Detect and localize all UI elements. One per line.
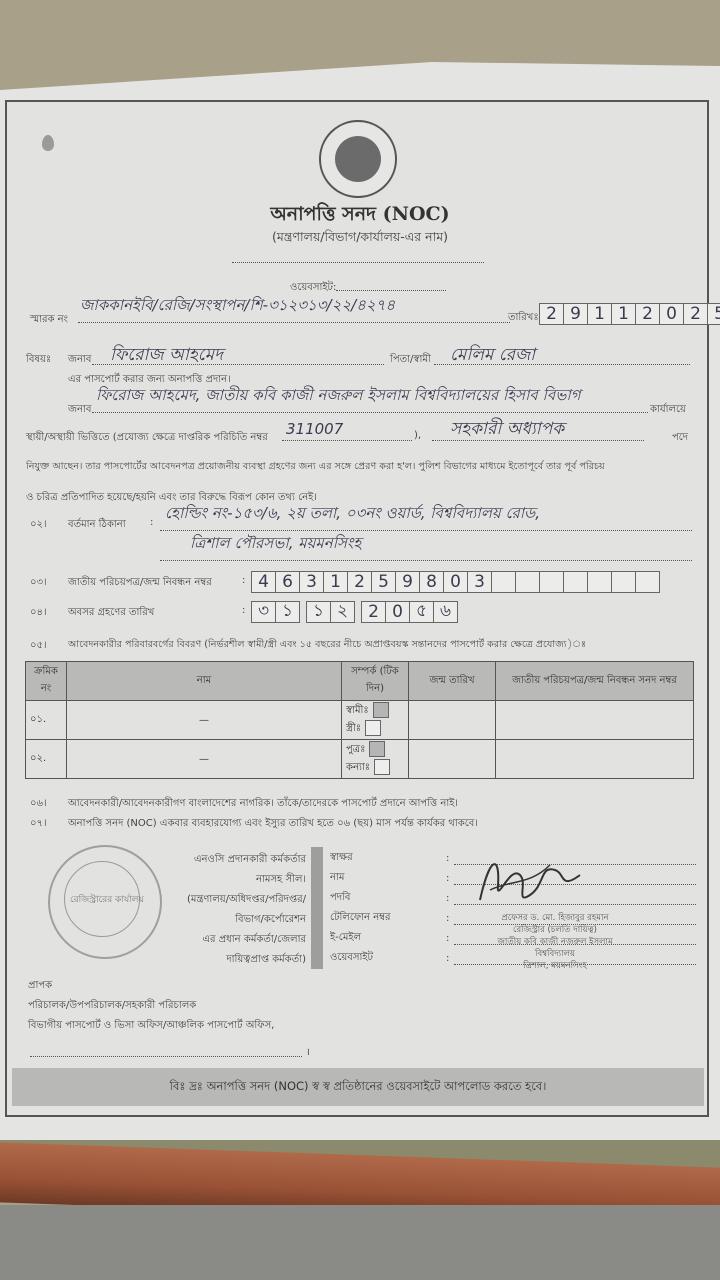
colon: : xyxy=(446,913,454,924)
retirement-date-label: অবসর গ্রহণের তারিখ xyxy=(68,605,154,622)
digit-box: ৬ xyxy=(433,601,458,623)
post-label: পদে xyxy=(672,430,688,447)
vertical-label-bar xyxy=(311,847,323,969)
colon: : xyxy=(150,517,153,528)
family-details-label: আবেদনকারীর পরিবারবর্গের বিবরণ (নির্ভরশীল… xyxy=(68,638,586,653)
digit-box: 9 xyxy=(395,571,420,593)
officer-description-line: দায়িত্বপ্রাপ্ত কর্মকর্তা) xyxy=(170,950,306,970)
husband-checkbox[interactable] xyxy=(373,702,389,718)
document-title: অনাপত্তি সনদ (NOC) xyxy=(0,200,720,232)
father-label: পিতা/স্বামী xyxy=(390,352,431,369)
recipient-line-2: বিভাগীয় পাসপোর্ট ও ভিসা অফিস/আঞ্চলিক পা… xyxy=(28,1018,274,1035)
address-value-1: হোল্ডিং নং-১৫৩/৬, ২য় তলা, ০৩নং ওয়ার্ড,… xyxy=(165,502,540,527)
digit-box xyxy=(587,571,612,593)
recipient-office-line xyxy=(30,1056,302,1057)
item-number: ০২। xyxy=(30,517,47,534)
recipient-line-1: পরিচালক/উপপরিচালক/সহকারী পরিচালক xyxy=(28,998,196,1015)
colon: : xyxy=(446,853,454,864)
name-office: ফিরোজ আহমেদ, জাতীয় কবি কাজী নজরুল ইসলাম… xyxy=(96,384,581,409)
row-serial: ০২. xyxy=(26,740,67,779)
footer-notice-text: বিঃ দ্রঃ অনাপত্তি সনদ (NOC) স্ব স্ব প্রত… xyxy=(170,1078,547,1097)
document-subtitle: (মন্ত্রণালয়/বিভাগ/কার্যালয়-এর নাম) xyxy=(0,229,720,249)
colon: : xyxy=(446,933,454,944)
address-line-2 xyxy=(160,560,692,561)
row-name: — xyxy=(67,740,342,779)
digit-box: 3 xyxy=(299,571,324,593)
digit-box: ২ xyxy=(330,601,355,623)
colon: : xyxy=(446,893,454,904)
colon: : xyxy=(446,953,454,964)
item-number: ০৩। xyxy=(30,575,47,592)
digit-box: 3 xyxy=(467,571,492,593)
nid-label: জাতীয় পরিচয়পত্র/জন্ম নিবন্ধন নম্বর xyxy=(68,575,212,592)
officer-stamp: প্রফেসর ড. মো. হিজাবুর রহমান রেজিস্ট্রার… xyxy=(480,912,630,972)
table-row: ০১. — স্বামীঃস্ত্রীঃ xyxy=(26,701,694,740)
col-dob: জন্ম তারিখ xyxy=(409,662,496,701)
website-line xyxy=(336,290,446,291)
nid-number-boxes: 4631259803 xyxy=(252,571,660,593)
father-name: মেলিম রেজা xyxy=(450,342,535,370)
ministry-name-line xyxy=(232,262,484,263)
daughter-checkbox[interactable] xyxy=(374,759,390,775)
address-line-1 xyxy=(160,530,692,531)
digit-box: 5 xyxy=(371,571,396,593)
footer-notice: বিঃ দ্রঃ অনাপত্তি সনদ (NOC) স্ব স্ব প্রত… xyxy=(12,1068,704,1106)
official-id: 311007 xyxy=(286,420,343,438)
officer-field-label: টেলিফোন নম্বর xyxy=(330,910,446,927)
officer-description-line: (মন্ত্রণালয়/অধিদপ্তর/পরিদপ্তর/ xyxy=(170,890,306,910)
address-value-2: ত্রিশাল পৌরসভা, ময়মনসিংহ xyxy=(190,532,361,557)
signature-icon xyxy=(470,845,590,915)
body-line-3: নিযুক্ত আছেন। তার পাসপোর্টের আবেদনপত্র প… xyxy=(26,460,701,475)
family-table: ক্রমিক নং নাম সম্পর্ক (টিক দিন) জন্ম তার… xyxy=(25,661,694,779)
item-number: ০৫। xyxy=(30,638,47,655)
digit-box: 2 xyxy=(635,303,660,325)
row-nid xyxy=(496,701,694,740)
row-nid xyxy=(496,740,694,779)
officer-field-label: স্বাক্ষর xyxy=(330,850,446,867)
colon: : xyxy=(242,605,245,616)
body-mr-label: জনাব xyxy=(68,402,91,419)
digit-box: 0 xyxy=(385,601,410,623)
recipient-end: । xyxy=(306,1044,310,1058)
item-number: ০৪। xyxy=(30,605,47,622)
officer-description: এনওসি প্রদানকারী কর্মকর্তারনামসহ সীল।(মন… xyxy=(170,850,306,970)
officer-description-line: এর প্রধান কর্মকর্তা/জেলার xyxy=(170,930,306,950)
mr-label: জনাব xyxy=(68,352,91,369)
row-name: — xyxy=(67,701,342,740)
digit-box: ১ xyxy=(306,601,331,623)
relation-son: পুত্রঃ xyxy=(346,744,365,755)
digit-box: 9 xyxy=(563,303,588,325)
digit-box: ৫ xyxy=(409,601,434,623)
digit-box: 6 xyxy=(275,571,300,593)
row-dob xyxy=(409,740,496,779)
officer-description-line: বিভাগ/কর্পোরেশন xyxy=(170,910,306,930)
officer-description-line: এনওসি প্রদানকারী কর্মকর্তার xyxy=(170,850,306,870)
digit-box xyxy=(515,571,540,593)
permanent-text: স্থায়ী/অস্থায়ী ভিত্তিতে (প্রযোজ্য ক্ষে… xyxy=(26,430,268,447)
son-checkbox[interactable] xyxy=(369,741,385,757)
address-label: বর্তমান ঠিকানা xyxy=(68,517,126,534)
digit-box: 5 xyxy=(707,303,720,325)
retirement-date-boxes: ৩১১২20৫৬ xyxy=(252,601,458,623)
issue-date-boxes: 29112025 xyxy=(540,303,720,325)
digit-box: 2 xyxy=(539,303,564,325)
relation-daughter: কন্যাঃ xyxy=(346,762,370,773)
office-line xyxy=(92,412,648,413)
wife-checkbox[interactable] xyxy=(365,720,381,736)
applicant-name: ফিরোজ আহমেদ xyxy=(110,342,223,370)
digit-box: 2 xyxy=(347,571,372,593)
digit-box: 2 xyxy=(683,303,708,325)
officer-institution: জাতীয় কবি কাজী নজরুল ইসলাম বিশ্ববিদ্যাল… xyxy=(480,936,630,960)
memo-line xyxy=(78,322,510,323)
row-dob xyxy=(409,701,496,740)
digit-box: ৩ xyxy=(251,601,276,623)
officer-field-label: ই-মেইল xyxy=(330,930,446,947)
digit-box: 0 xyxy=(659,303,684,325)
col-serial: ক্রমিক নং xyxy=(26,662,67,701)
officer-name: প্রফেসর ড. মো. হিজাবুর রহমান xyxy=(480,912,630,924)
recipient-label: প্রাপক xyxy=(28,978,52,995)
relation-wife: স্ত্রীঃ xyxy=(346,723,361,734)
digit-box xyxy=(491,571,516,593)
officer-description-line: নামসহ সীল। xyxy=(170,870,306,890)
office-suffix: কার্যালয়ে xyxy=(650,402,686,419)
relation-husband: স্বামীঃ xyxy=(346,705,369,716)
officer-location: ত্রিশাল, ময়মনসিংহ xyxy=(480,960,630,972)
fabric-surface xyxy=(0,1205,720,1280)
punch-hole xyxy=(42,135,54,151)
date-label: তারিখঃ xyxy=(508,310,539,327)
officer-field-label: পদবি xyxy=(330,890,446,907)
col-name: নাম xyxy=(67,662,342,701)
item-number: ০৬। xyxy=(30,796,47,813)
digit-box xyxy=(611,571,636,593)
digit-box: 1 xyxy=(323,571,348,593)
digit-box xyxy=(563,571,588,593)
col-relation: সম্পর্ক (টিক দিন) xyxy=(342,662,409,701)
digit-box: 2 xyxy=(361,601,386,623)
colon: : xyxy=(242,575,245,586)
officer-field-label: ওয়েবসাইট xyxy=(330,950,446,967)
digit-box xyxy=(635,571,660,593)
col-nid: জাতীয় পরিচয়পত্র/জন্ম নিবন্ধন সনদ নম্বর xyxy=(496,662,694,701)
item-number: ০৭। xyxy=(30,816,47,833)
colon: : xyxy=(446,873,454,884)
row-serial: ০১. xyxy=(26,701,67,740)
subject-label: বিষয়ঃ xyxy=(26,352,51,369)
bangladesh-government-seal-icon xyxy=(319,120,397,198)
digit-box: 1 xyxy=(587,303,612,325)
memo-value: জাককানইবি/রেজি/সংস্থাপন/শি-৩১২৩১৩/২২/৪২৭… xyxy=(80,294,395,319)
digit-box: 0 xyxy=(443,571,468,593)
stamp-text: রেজিস্ট্রারের কার্যালয় xyxy=(70,892,144,907)
digit-box: 4 xyxy=(251,571,276,593)
designation: সহকারী অধ্যাপক xyxy=(450,416,564,444)
paren-close: ), xyxy=(414,430,421,441)
memo-label: স্মারক নং xyxy=(30,312,68,329)
citizenship-statement: আবেদনকারী/আবেদনকারীগণ বাংলাদেশের নাগরিক।… xyxy=(68,796,458,813)
digit-box: ১ xyxy=(275,601,300,623)
digit-box xyxy=(539,571,564,593)
validity-statement: অনাপত্তি সনদ (NOC) একবার ব্যবহারযোগ্য এব… xyxy=(68,816,478,833)
digit-box: 8 xyxy=(419,571,444,593)
table-row: ০২. — পুত্রঃকন্যাঃ xyxy=(26,740,694,779)
official-id-line xyxy=(282,440,412,441)
officer-title: রেজিস্ট্রার (চলতি দায়িত্ব) xyxy=(480,924,630,936)
officer-field-label: নাম xyxy=(330,870,446,887)
digit-box: 1 xyxy=(611,303,636,325)
